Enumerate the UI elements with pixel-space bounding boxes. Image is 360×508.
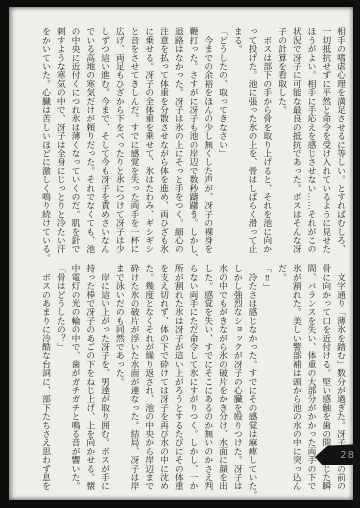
furigana-ruby: ためら (192, 205, 197, 219)
text-line: 冷たさは感じなかった。すでにその感覚は麻痺していた。 (245, 264, 260, 499)
text-line: 氷が割れた。美しい警部補は頭から池の水の中に突っ込ん (289, 264, 304, 499)
text-line: をかいていた。心臓は苦しいほどに激しく鳴り続けている。 (38, 27, 53, 262)
text-line: 水の中でもがきながら氷の破片をかき分け、水面に顔を出 (215, 264, 230, 499)
text-tier-bottom: 文字通り「薄氷を踏む」数分が過ぎた。冴子は目の前の骨に向かって口を近付ける。堅い… (36, 264, 348, 499)
text-line: 所が割れた氷は冴子が這い上がろうとするたびにその体重 (171, 264, 186, 499)
text-line: 注意を払って体重を分散させながら体を進め、両ひざも氷 (156, 27, 171, 262)
text-line: まで泳いだのも同然であった。 (112, 264, 127, 499)
text-line: に乗せる。冴子の全体重を乗せて、氷はたわみ、ギシギシ (142, 27, 157, 262)
text-line: ボスのあまりに冷酷な台詞に、部下たちさえ思わず息を (38, 264, 53, 499)
text-line: でいる高地の寒気だけが頼りだった。それでなくても、池 (83, 27, 98, 262)
text-line: 鞭打った。さすがに冴子も池の岸辺で数秒躊躇う。しかし、 (186, 27, 201, 262)
text-line: ほうがよい。相手に手応えを感じさせない……それがこの (304, 27, 319, 262)
text-line: まる。 (230, 27, 245, 262)
text-line: 退路はなかった。冴子は氷の上にそっと手をつく。細心の (171, 27, 186, 262)
text-line: を支え切れず、体の下で砕けては冴子を再び水の中に沈め (156, 264, 171, 499)
text-line: 「‼」 (260, 264, 275, 499)
text-line: した。感覚を失い、すでにそこにあるのか無いのかさえ判 (201, 264, 216, 499)
text-line: 岸に這い上がった冴子を、男達が取り囲む。ボスが手に (97, 264, 112, 499)
paper-sheet: 相手の嗜虐心理を満足させるに等しい。とすればむしろ、一切抵抗せずに平然と命令を受… (9, 7, 354, 500)
text-line: 「骨はどうしたの？」 (53, 264, 68, 499)
text-line: 広げ、両足もひざから下をべったりと氷につけて冴子は少 (112, 27, 127, 262)
text-line: の中央に近付くにつれ氷は薄くなっていくのだ。肌を針で (68, 27, 83, 262)
page-number: 28 (340, 448, 360, 461)
text-line: ボスは部下の手から骨を取り上げると、それを池に向か (260, 27, 275, 262)
text-line: 中電灯の光の輪の中で、歯がガチガチと鳴る音が響いた。 (68, 264, 83, 499)
scanned-book-page: 相手の嗜虐心理を満足させるに等しい。とすればむしろ、一切抵抗せずに平然と命令を受… (0, 0, 360, 508)
text-line: 今までの余裕をほんの少し無くした声が、冴子の裸身を (201, 27, 216, 262)
text-line: と音をさせてきしんだ。すでに感覚を失った両手を一杯に (127, 27, 142, 262)
text-line: 状況で冴子に可能な最良の抵抗であった。ボスはそんな冴 (289, 27, 304, 262)
text-line: しかし強烈なショックが冴子の心臓を殴りつけた。冴子は (230, 264, 245, 499)
text-line: 砕けた氷の破片が浮いた水面が連なった。結局、冴子は岸 (127, 264, 142, 499)
text-line: 一切抵抗せずに平然と命令を受け入れているように見せた (319, 27, 334, 262)
text-line: しずつ這い進む。今まで、そして今も冴子を責めさいなん (97, 27, 112, 262)
text-line: 「どうしたの、取ってきなさい」 (215, 27, 230, 262)
text-line: 相手の嗜虐心理を満足させるに等しい。とすればむしろ、 (333, 27, 348, 262)
text-line: らない両手にただ命令して氷にすがりつく。しかし、一か (186, 264, 201, 499)
text-tier-top: 相手の嗜虐心理を満足させるに等しい。とすればむしろ、一切抵抗せずに平然と命令を受… (36, 27, 348, 262)
text-line: 刺すような寒気の中で、冴子は全身にじっとりと冷たい汗 (53, 27, 68, 262)
text-line: だ。 (274, 264, 289, 499)
text-line: 子の計算を看取した。 (274, 27, 289, 262)
text-line: 持った棒で冴子のあごの下をねじ上げ、上を向かせる。懐 (83, 264, 98, 499)
text-line: 間、バランスを失い、体重の大部分がかかった両手の下で (304, 264, 319, 499)
book-edge-shadow (353, 0, 360, 508)
text-line: た。幾度となくそれが繰り返され、池の中央から岸辺まで (142, 264, 157, 499)
text-line: って投げた。池に張った氷の上を、骨はしばらく滑って止 (245, 27, 260, 262)
